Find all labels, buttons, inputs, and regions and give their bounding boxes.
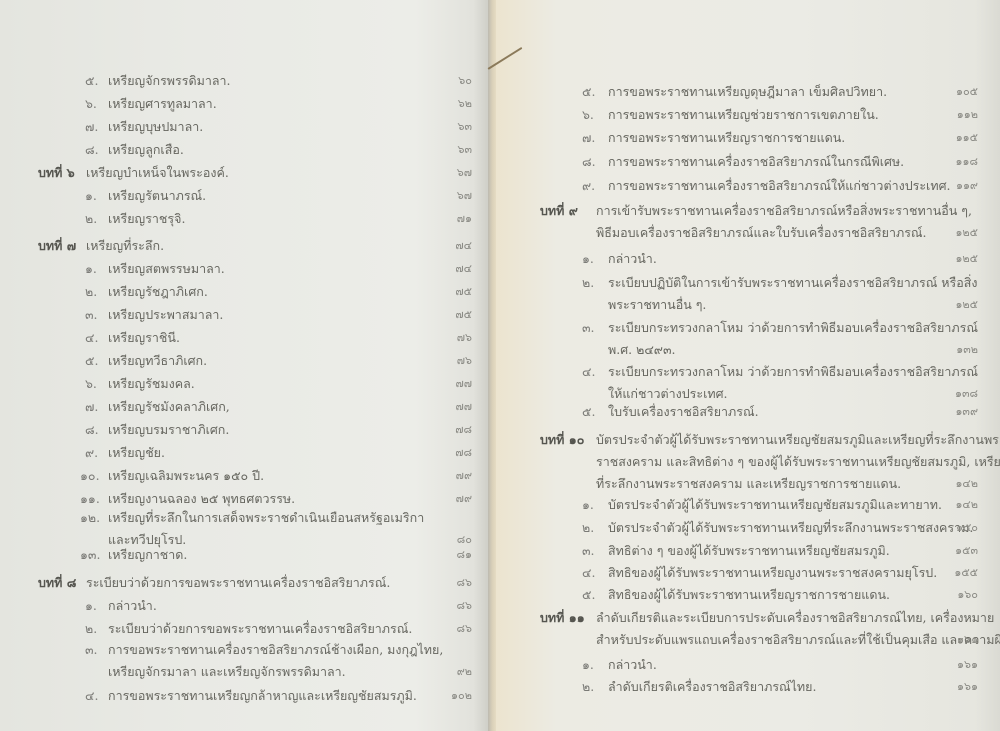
entry-title: เหรียญรัชฎาภิเศก.: [108, 284, 208, 300]
page-number: ๖๒: [412, 96, 472, 112]
entry-title: เหรียญงานฉลอง ๒๕ พุทธศตวรรษ.: [108, 491, 295, 507]
entry-number: ๓.: [582, 543, 608, 559]
page-number: ๑๒๕: [918, 297, 978, 313]
left-toc-list: ๕.เหรียญจักรพรรดิมาลา.๖๐๖.เหรียญศารทูลมา…: [0, 0, 488, 731]
entry-title: การเข้ารับพระราชทานเครื่องราชอิสริยาภรณ์…: [596, 203, 972, 219]
entry-title: ระเบียบว่าด้วยการขอพระราชทานเครื่องราชอิ…: [108, 621, 412, 637]
entry-title-continuation: ให้แก่ชาวต่างประเทศ.: [608, 386, 728, 402]
page-number: ๗๗: [412, 376, 472, 392]
page-number: ๑๓๒: [918, 342, 978, 358]
page-number: ๑๐๒: [412, 688, 472, 704]
page-number: ๑๕๐: [918, 520, 978, 536]
page-number: ๑๑๘: [918, 154, 978, 170]
entry-number: ๒.: [582, 679, 608, 695]
page-number: ๑๖๐: [918, 587, 978, 603]
entry-number: ๔.: [582, 565, 608, 581]
entry-title-continuation: ราชสงคราม และสิทธิต่าง ๆ ของผู้ได้รับพระ…: [596, 454, 1000, 470]
right-toc-list: ๕.การขอพระราชทานเหรียญดุษฎีมาลา เข็มศิลป…: [496, 0, 1000, 731]
entry-number: ๑๐.: [80, 468, 110, 484]
entry-number: ๑๓.: [80, 547, 110, 563]
entry-title: เหรียญลูกเสือ.: [108, 142, 184, 158]
entry-title: เหรียญที่ระลึก.: [86, 238, 164, 254]
entry-number: ๔.: [582, 364, 608, 380]
page-number: ๗๘: [412, 445, 472, 461]
entry-title: เหรียญสตพรรษมาลา.: [108, 261, 225, 277]
page-number: ๘๐: [412, 532, 472, 548]
page-number: ๑๒๕: [918, 251, 978, 267]
chapter-number: บทที่ ๑๐: [540, 432, 584, 448]
chapter-number: บทที่ ๖: [38, 165, 75, 181]
entry-title: เหรียญเฉลิมพระนคร ๑๕๐ ปี.: [108, 468, 264, 484]
entry-title: เหรียญจักรพรรดิมาลา.: [108, 73, 231, 89]
page-number: ๑๑๒: [918, 107, 978, 123]
entry-number: ๒.: [582, 520, 608, 536]
right-page: ๕.การขอพระราชทานเหรียญดุษฎีมาลา เข็มศิลป…: [496, 0, 1000, 731]
entry-number: ๑.: [582, 251, 608, 267]
entry-title: เหรียญที่ระลึกในการเสด็จพระราชดำเนินเยือ…: [108, 510, 424, 526]
entry-title: การขอพระราชทานเหรียญกล้าหาญและเหรียญชัยส…: [108, 688, 417, 704]
entry-title: เหรียญบุษปมาลา.: [108, 119, 203, 135]
entry-title: สิทธิของผู้ได้รับพระราชทานเหรียญงานพระรา…: [608, 565, 937, 581]
page-number: ๗๕: [412, 284, 472, 300]
book-gutter: [488, 0, 496, 731]
entry-title: ระเบียบกระทรวงกลาโหม ว่าด้วยการทำพิธีมอบ…: [608, 320, 978, 336]
entry-title-continuation: ที่ระลึกงานพระราชสงคราม และเหรียญราชการช…: [596, 476, 901, 492]
entry-number: ๕.: [582, 587, 608, 603]
entry-title: ลำดับเกียรติเครื่องราชอิสริยาภรณ์ไทย.: [608, 679, 816, 695]
page-number: ๑๓๙: [918, 404, 978, 420]
chapter-number: บทที่ ๑๑: [540, 610, 585, 626]
entry-title: เหรียญชัย.: [108, 445, 165, 461]
entry-title: บัตรประจำตัวผู้ได้รับพระราชทานเหรียญชัยส…: [608, 497, 942, 513]
page-number: ๗๗: [412, 399, 472, 415]
page-number: ๖๐: [412, 73, 472, 89]
page-number: ๑๕๕: [918, 565, 978, 581]
entry-title: ใบรับเครื่องราชอิสริยาภรณ์.: [608, 404, 759, 420]
page-number: ๖๓: [412, 142, 472, 158]
entry-number: ๑.: [582, 657, 608, 673]
entry-title-continuation: และทวีปยุโรป.: [108, 532, 186, 548]
entry-title: กล่าวนำ.: [608, 251, 657, 267]
page-number: ๘๑: [412, 547, 472, 563]
page-number: ๗๘: [412, 422, 472, 438]
entry-number: ๙.: [582, 178, 608, 194]
page-number: ๙๒: [412, 664, 472, 680]
entry-title: กล่าวนำ.: [108, 598, 157, 614]
entry-title-continuation: พิธีมอบเครื่องราชอิสริยาภรณ์และใบรับเครื…: [596, 225, 926, 241]
page-number: ๘๖: [412, 621, 472, 637]
page-number: ๗๖: [412, 330, 472, 346]
entry-number: ๗.: [582, 130, 608, 146]
entry-number: ๑๒.: [80, 510, 110, 526]
entry-title: การขอพระราชทานเหรียญดุษฎีมาลา เข็มศิลปวิ…: [608, 84, 887, 100]
entry-title: เหรียญบำเหน็จในพระองค์.: [86, 165, 229, 181]
entry-title-continuation: พ.ศ. ๒๔๙๓.: [608, 342, 675, 358]
entry-title: การขอพระราชทานเครื่องราชอิสริยาภรณ์ให้แก…: [608, 178, 950, 194]
chapter-number: บทที่ ๗: [38, 238, 76, 254]
page-number: ๑๑๕: [918, 130, 978, 146]
page-number: ๑๔๒: [918, 497, 978, 513]
entry-title: การขอพระราชทานเครื่องราชอิสริยาภรณ์ช้างเ…: [108, 642, 443, 658]
entry-title: ระเบียบปฏิบัติในการเข้ารับพระราชทานเครื่…: [608, 275, 977, 291]
entry-number: ๓.: [582, 320, 608, 336]
page-number: ๑๒๕: [918, 225, 978, 241]
page-number: ๑๖๑: [918, 657, 978, 673]
entry-title: เหรียญทวีธาภิเศก.: [108, 353, 207, 369]
entry-title: เหรียญกาชาด.: [108, 547, 187, 563]
entry-title: เหรียญรัชมงคล.: [108, 376, 195, 392]
entry-title: บัตรประจำตัวผู้ได้รับพระราชทานเหรียญชัยส…: [596, 432, 1000, 448]
page-number: ๑๖๑: [918, 679, 978, 695]
page-number: ๑๔๒: [918, 476, 978, 492]
entry-number: ๒.: [582, 275, 608, 291]
entry-title-continuation: พระราชทานอื่น ๆ.: [608, 297, 706, 313]
entry-title: การขอพระราชทานเครื่องราชอิสริยาภรณ์ในกรณ…: [608, 154, 904, 170]
page-number: ๗๑: [412, 211, 472, 227]
page-number: ๗๙: [412, 468, 472, 484]
page-number: ๖๓: [412, 119, 472, 135]
page-number: ๗๙: [412, 491, 472, 507]
entry-title: เหรียญราชินี.: [108, 330, 180, 346]
entry-title: ระเบียบกระทรวงกลาโหม ว่าด้วยการทำพิธีมอบ…: [608, 364, 978, 380]
page-number: ๑๐๕: [918, 84, 978, 100]
entry-title: กล่าวนำ.: [608, 657, 657, 673]
left-page: ๕.เหรียญจักรพรรดิมาลา.๖๐๖.เหรียญศารทูลมา…: [0, 0, 488, 731]
entry-number: ๖.: [582, 107, 608, 123]
entry-title: เหรียญบรมราชาภิเศก.: [108, 422, 229, 438]
page-number: ๘๖: [412, 598, 472, 614]
entry-title: ลำดับเกียรติและระเบียบการประดับเครื่องรา…: [596, 610, 994, 626]
entry-number: ๕.: [582, 84, 608, 100]
entry-title: เหรียญประพาสมาลา.: [108, 307, 223, 323]
entry-title: การขอพระราชทานเหรียญราชการชายแดน.: [608, 130, 845, 146]
page-number: ๑๕๓: [918, 543, 978, 559]
page-number: ๑๑๙: [918, 178, 978, 194]
entry-title: เหรียญรัตนาภรณ์.: [108, 188, 206, 204]
page-number: ๗๕: [412, 307, 472, 323]
page-number: ๗๖: [412, 353, 472, 369]
chapter-number: บทที่ ๙: [540, 203, 578, 219]
entry-title: เหรียญราชรุจิ.: [108, 211, 185, 227]
page-number: ๘๖: [412, 575, 472, 591]
entry-title: สิทธิของผู้ได้รับพระราชทานเหรียญราชการชา…: [608, 587, 890, 603]
page-number: ๑๖๑: [918, 632, 978, 648]
entry-title: ระเบียบว่าด้วยการขอพระราชทานเครื่องราชอิ…: [86, 575, 390, 591]
entry-title-continuation: เหรียญจักรมาลา และเหรียญจักรพรรดิมาลา.: [108, 664, 346, 680]
book-spread: ๕.เหรียญจักรพรรดิมาลา.๖๐๖.เหรียญศารทูลมา…: [0, 0, 1000, 731]
entry-number: ๘.: [582, 154, 608, 170]
page-number: ๗๔: [412, 261, 472, 277]
page-number: ๖๗: [412, 188, 472, 204]
entry-number: ๑๑.: [80, 491, 110, 507]
entry-title: การขอพระราชทานเหรียญช่วยราชการเขตภายใน.: [608, 107, 879, 123]
entry-title: เหรียญรัชมังคลาภิเศก,: [108, 399, 230, 415]
page-number: ๗๔: [412, 238, 472, 254]
entry-number: ๑.: [582, 497, 608, 513]
entry-title: เหรียญศารทูลมาลา.: [108, 96, 217, 112]
chapter-number: บทที่ ๘: [38, 575, 76, 591]
entry-title: สิทธิต่าง ๆ ของผู้ได้รับพระราชทานเหรียญช…: [608, 543, 890, 559]
page-number: ๖๗: [412, 165, 472, 181]
page-number: ๑๓๘: [918, 386, 978, 402]
entry-number: ๕.: [582, 404, 608, 420]
